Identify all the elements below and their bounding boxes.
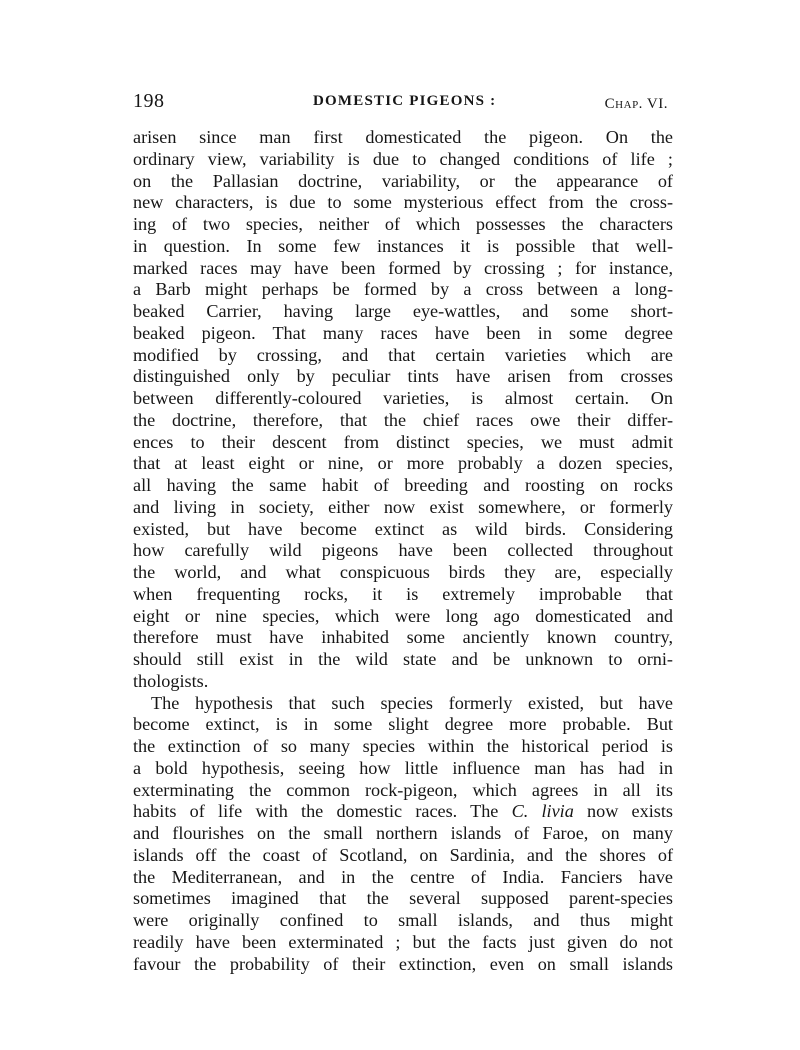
text-line: exterminating the common rock-pigeon, wh…: [133, 780, 673, 802]
text-line: become extinct, is in some slight degree…: [133, 714, 673, 736]
text-line: existed, but have become extinct as wild…: [133, 519, 673, 541]
text-line: beaked Carrier, having large eye-wattles…: [133, 301, 673, 323]
text-line: all having the same habit of breeding an…: [133, 475, 673, 497]
text-line: islands off the coast of Scotland, on Sa…: [133, 845, 673, 867]
running-title: DOMESTIC PIGEONS :: [313, 93, 496, 110]
text-line: modified by crossing, and that certain v…: [133, 345, 673, 367]
body-text: arisen since man first domesticated the …: [133, 127, 673, 975]
text-line: eight or nine species, which were long a…: [133, 606, 673, 628]
text-segment: now exists: [574, 801, 673, 821]
paragraph-2: The hypothesis that such species formerl…: [133, 693, 673, 976]
text-line: a Barb might perhaps be formed by a cros…: [133, 279, 673, 301]
text-line: the doctrine, therefore, that the chief …: [133, 410, 673, 432]
text-line: how carefully wild pigeons have been col…: [133, 540, 673, 562]
text-line: The hypothesis that such species formerl…: [133, 693, 673, 715]
text-line: ing of two species, neither of which pos…: [133, 214, 673, 236]
text-line: beaked pigeon. That many races have been…: [133, 323, 673, 345]
text-line: ences to their descent from distinct spe…: [133, 432, 673, 454]
text-line: were originally confined to small island…: [133, 910, 673, 932]
text-line: marked races may have been formed by cro…: [133, 258, 673, 280]
text-line: ordinary view, variability is due to cha…: [133, 149, 673, 171]
text-line: should still exist in the wild state and…: [133, 649, 673, 671]
text-segment: habits of life with the domestic races. …: [133, 801, 512, 821]
text-line: a bold hypothesis, seeing how little inf…: [133, 758, 673, 780]
text-line: the extinction of so many species within…: [133, 736, 673, 758]
species-name: C. livia: [512, 801, 574, 821]
text-line: distinguished only by peculiar tints hav…: [133, 366, 673, 388]
text-line: arisen since man first domesticated the …: [133, 127, 673, 149]
text-line: thologists.: [133, 671, 673, 693]
page-header: 198 DOMESTIC PIGEONS : Chap. VI.: [133, 90, 668, 116]
text-line: readily have been exterminated ; but the…: [133, 932, 673, 954]
text-line: between differently-coloured varieties, …: [133, 388, 673, 410]
text-line: therefore must have inhabited some ancie…: [133, 627, 673, 649]
text-line: favour the probability of their extincti…: [133, 954, 673, 976]
text-line: new characters, is due to some mysteriou…: [133, 192, 673, 214]
text-line-with-species-name: habits of life with the domestic races. …: [133, 801, 673, 823]
paragraph-1: arisen since man first domesticated the …: [133, 127, 673, 693]
text-line: in question. In some few instances it is…: [133, 236, 673, 258]
text-line: on the Pallasian doctrine, variability, …: [133, 171, 673, 193]
text-line: the world, and what conspicuous birds th…: [133, 562, 673, 584]
chapter-label: Chap. VI.: [605, 96, 668, 113]
book-page: 198 DOMESTIC PIGEONS : Chap. VI. arisen …: [0, 0, 800, 1050]
text-line: and living in society, either now exist …: [133, 497, 673, 519]
text-line: the Mediterranean, and in the centre of …: [133, 867, 673, 889]
text-line: that at least eight or nine, or more pro…: [133, 453, 673, 475]
text-line: sometimes imagined that the several supp…: [133, 888, 673, 910]
page-number: 198: [133, 90, 165, 113]
text-line: when frequenting rocks, it is extremely …: [133, 584, 673, 606]
text-line: and flourishes on the small northern isl…: [133, 823, 673, 845]
